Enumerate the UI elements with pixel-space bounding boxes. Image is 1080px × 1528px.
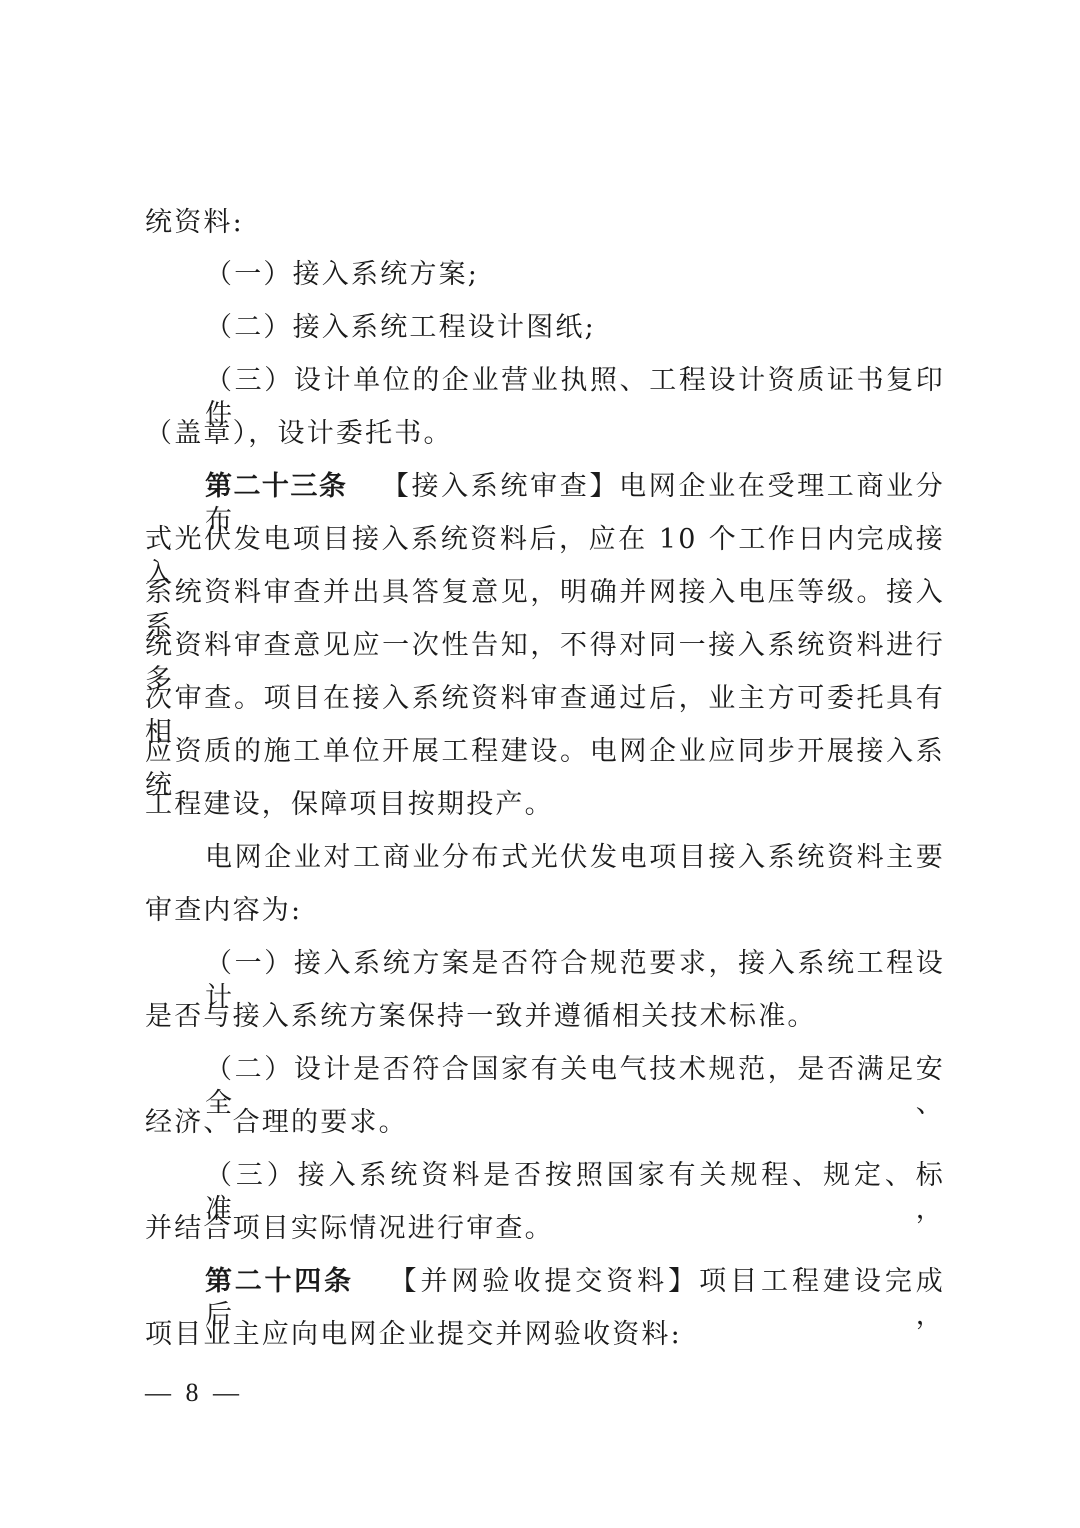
paragraph-line: 电网企业对工商业分布式光伏发电项目接入系统资料主要 [205,841,945,875]
list-item: （一）接入系统方案; [205,258,945,292]
list-item: （二）接入系统工程设计图纸; [205,311,945,345]
article-23-title: 【接入系统审查】 [381,471,619,502]
text-line: 统资料: [145,206,945,240]
text-line: 并结合项目实际情况进行审查。 [145,1212,945,1246]
article-24-title: 【并网验收提交资料】 [388,1266,699,1297]
text-line: 审查内容为: [145,894,945,928]
article-23-heading: 第二十三条 [205,471,347,502]
document-page: 统资料: （一）接入系统方案; （二）接入系统工程设计图纸; （三）设计单位的企… [0,0,1080,1528]
text-line: 工程建设，保障项目按期投产。 [145,788,945,822]
text-line: 项目业主应向电网企业提交并网验收资料: [145,1318,945,1352]
text-line: 是否与接入系统方案保持一致并遵循相关技术标准。 [145,1000,945,1034]
article-24-heading: 第二十四条 [205,1266,354,1297]
page-number: — 8 — [145,1376,243,1410]
text-line: （盖章），设计委托书。 [145,417,945,451]
text-line: 经济、合理的要求。 [145,1106,945,1140]
